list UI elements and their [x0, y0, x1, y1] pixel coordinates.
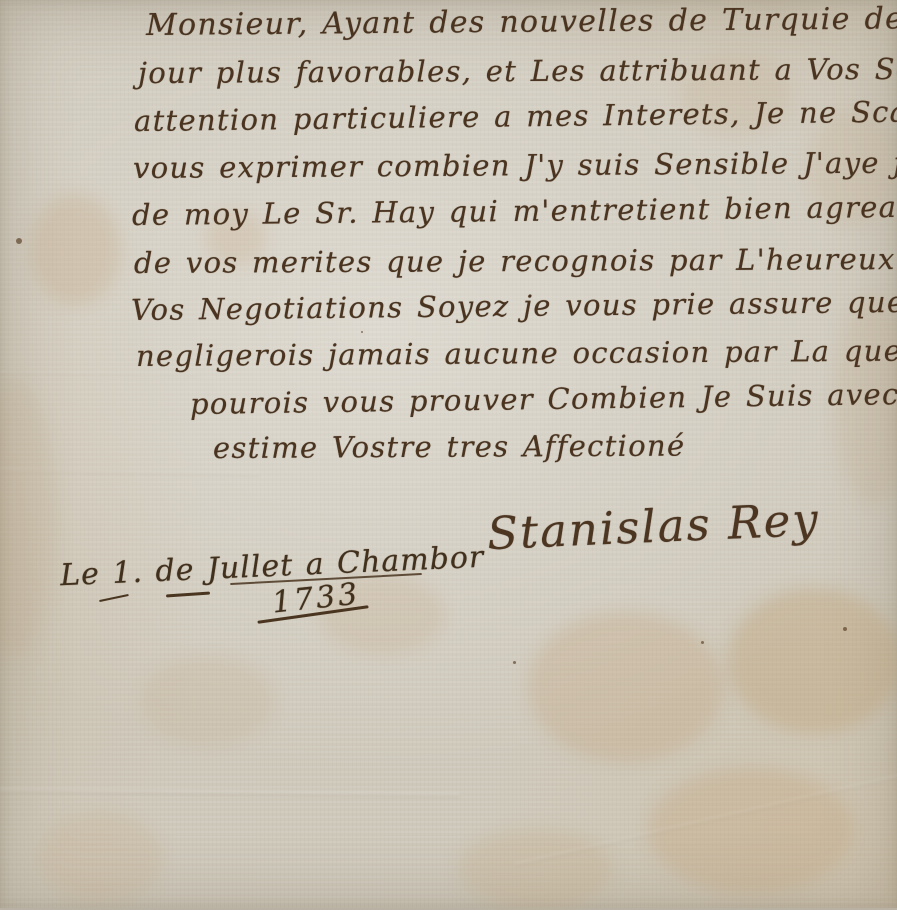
stain — [458, 828, 613, 908]
fleck — [513, 661, 516, 664]
letter-line-10: estime Vostre tres Affectioné — [213, 429, 686, 465]
letter-line-9: pourois vous prouver Combien Je Suis ave… — [190, 374, 897, 421]
letter-paper: Monsieur, Ayant des nouvelles de Turquie… — [0, 0, 897, 908]
stain — [30, 195, 120, 305]
letter-line-5: de moy Le Sr. Hay qui m'entretient bien … — [132, 189, 897, 232]
stain — [0, 380, 55, 660]
stain — [728, 588, 897, 733]
letter-line-2: jour plus favorables, et Les attribuant … — [138, 51, 897, 90]
stain — [38, 812, 163, 904]
stain — [648, 768, 853, 893]
dash-stroke — [166, 591, 210, 597]
crease — [0, 468, 260, 478]
fleck — [361, 331, 363, 333]
fleck — [843, 627, 847, 631]
letter-line-8: negligerois jamais aucune occasion par L… — [136, 333, 897, 373]
signature: Stanislas Rey — [486, 493, 821, 560]
letter-line-1: Monsieur, Ayant des nouvelles de Turquie… — [146, 0, 897, 43]
fleck — [16, 238, 22, 244]
stain — [528, 612, 723, 762]
letter-line-6: de vos merites que je recognois par L'he… — [134, 241, 897, 280]
fleck — [701, 641, 704, 644]
stain — [140, 655, 275, 747]
letter-line-3: attention particuliere a mes Interets, J… — [134, 92, 897, 138]
crease — [515, 768, 897, 867]
crease — [0, 788, 460, 799]
underline-stroke — [99, 594, 129, 603]
letter-line-7: Vos Negotiations Soyez je vous prie assu… — [131, 284, 897, 327]
letter-line-4: vous exprimer combien J'y suis Sensible … — [133, 145, 897, 185]
